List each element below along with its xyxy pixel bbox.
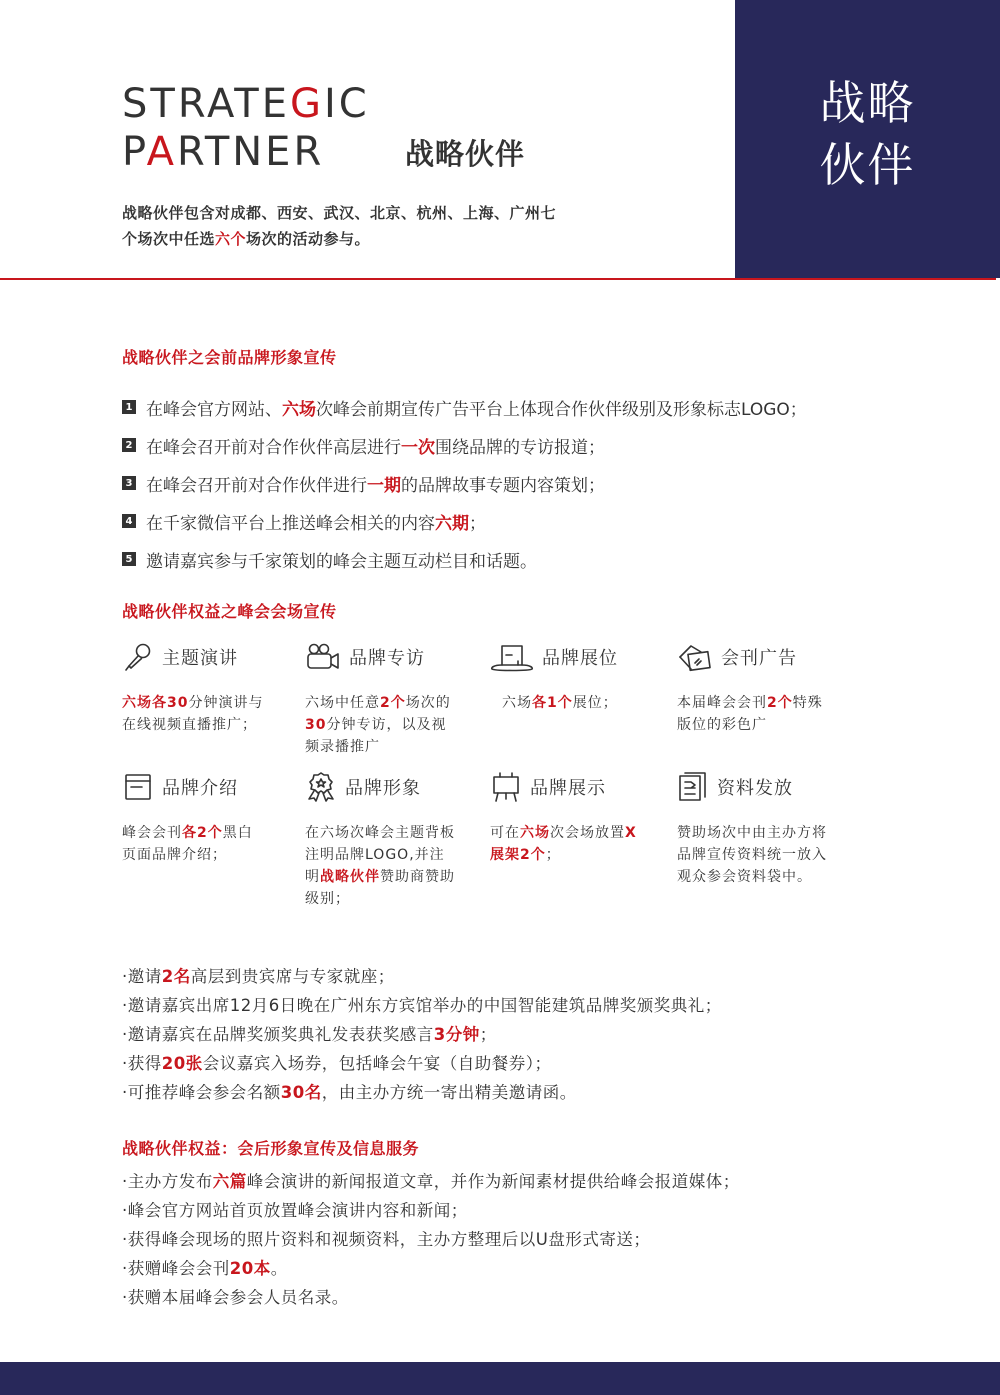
text-segment: ·邀请嘉宾出席12月6日晚在广州东方宾馆举办的中国智能建筑品牌奖颁奖典礼； xyxy=(122,996,722,1015)
highlight-text: 2名 xyxy=(162,967,191,986)
magazine-ad-icon xyxy=(677,641,721,673)
section3-list: ·主办方发布六篇峰会演讲的新闻报道文章，并作为新闻素材提供给峰会报道媒体；·峰会… xyxy=(122,1167,740,1312)
highlight-text: 六期 xyxy=(435,514,469,534)
benefit-card-header: 品牌展位 xyxy=(490,642,660,672)
number-badge-icon: 4 xyxy=(122,514,136,528)
text-segment: 本届峰会会刊 xyxy=(677,695,767,711)
highlight-text: 30 xyxy=(305,717,326,733)
benefit-card-description: 六场中任意2个场次的30分钟专访，以及视频录播推广 xyxy=(305,692,455,758)
benefit-card-title: 主题演讲 xyxy=(162,644,238,670)
text-segment: ·峰会官方网站首页放置峰会演讲内容和新闻； xyxy=(122,1201,468,1220)
text-segment: 赞助场次中由主办方将品牌宣传资料统一放入观众参会资料袋中。 xyxy=(677,825,827,885)
benefit-card-title: 品牌介绍 xyxy=(162,774,238,800)
benefit-card-description: 六场各30分钟演讲与在线视频直播推广； xyxy=(122,692,272,736)
text-segment: ·获赠峰会会刊 xyxy=(122,1259,230,1278)
benefit-card: 资料发放赞助场次中由主办方将品牌宣传资料统一放入观众参会资料袋中。 xyxy=(677,772,847,888)
list-item-text: 在峰会召开前对合作伙伴高层进行一次围绕品牌的专访报道； xyxy=(146,433,605,458)
benefit-card: 品牌介绍峰会会刊各2个黑白页面品牌介绍； xyxy=(122,772,292,866)
text-segment: 。 xyxy=(271,1259,288,1278)
text-segment: 六场中任意 xyxy=(305,695,380,711)
highlight-text: 六场 xyxy=(520,825,550,841)
text-segment: ； xyxy=(546,847,561,863)
text-segment: 在峰会召开前对合作伙伴高层进行 xyxy=(146,438,401,458)
highlight-text: 各2个 xyxy=(182,825,223,841)
list-item-text: 在峰会官方网站、六场次峰会前期宣传广告平台上体现合作伙伴级别及形象标志LOGO； xyxy=(146,395,807,420)
list-item: ·获得峰会现场的照片资料和视频资料，主办方整理后以U盘形式寄送； xyxy=(122,1225,740,1254)
list-item: ·可推荐峰会参会名额30名，由主办方统一寄出精美邀请函。 xyxy=(122,1078,722,1107)
text-segment: 在峰会召开前对合作伙伴进行 xyxy=(146,476,367,496)
list-item-text: 在峰会召开前对合作伙伴进行一期的品牌故事专题内容策划； xyxy=(146,471,605,496)
highlight-text: 战略伙伴 xyxy=(320,869,380,885)
benefit-card-title: 会刊广告 xyxy=(721,644,797,670)
benefit-card: 主题演讲六场各30分钟演讲与在线视频直播推广； xyxy=(122,642,292,736)
text-segment: ·邀请嘉宾在品牌奖颁奖典礼发表获奖感言 xyxy=(122,1025,434,1044)
benefit-card-header: 品牌形象 xyxy=(305,772,475,802)
benefit-card: 品牌形象在六场次峰会主题背板注明品牌LOGO,并注明战略伙伴赞助商赞助级别； xyxy=(305,772,475,910)
highlight-text: 2个 xyxy=(380,695,406,711)
highlight-text: 一次 xyxy=(401,438,435,458)
intro-paragraph: 战略伙伴包含对成都、西安、武汉、北京、杭州、上海、广州七 个场次中任选六个场次的… xyxy=(122,200,622,252)
text-segment: 在千家微信平台上推送峰会相关的内容 xyxy=(146,514,435,534)
text-segment: ，由主办方统一寄出精美邀请函。 xyxy=(322,1083,577,1102)
benefit-card-description: 赞助场次中由主办方将品牌宣传资料统一放入观众参会资料袋中。 xyxy=(677,822,827,888)
list-item: 4在千家微信平台上推送峰会相关的内容六期； xyxy=(122,502,807,540)
benefit-card-header: 主题演讲 xyxy=(122,642,292,672)
section1-list: 1在峰会官方网站、六场次峰会前期宣传广告平台上体现合作伙伴级别及形象标志LOGO… xyxy=(122,388,807,578)
highlight-text: 各1个 xyxy=(532,695,573,711)
text-segment: 峰会会刊 xyxy=(122,825,182,841)
footer-bar xyxy=(0,1362,1000,1395)
list-item: 3在峰会召开前对合作伙伴进行一期的品牌故事专题内容策划； xyxy=(122,464,807,502)
benefit-card-description: 可在六场次会场放置X展架2个； xyxy=(490,822,640,866)
text-segment: ·主办方发布 xyxy=(122,1172,213,1191)
highlight-text: 六场各30 xyxy=(122,695,188,711)
benefit-card-header: 品牌专访 xyxy=(305,642,475,672)
text-segment: 会议嘉宾入场券，包括峰会午宴（自助餐券）； xyxy=(203,1054,552,1073)
highlight-text: 20张 xyxy=(162,1054,203,1073)
text-segment: ·获得峰会现场的照片资料和视频资料，主办方整理后以U盘形式寄送； xyxy=(122,1230,650,1249)
text-segment: ·可推荐峰会参会名额 xyxy=(122,1083,281,1102)
list-item: ·获赠本届峰会参会人员名录。 xyxy=(122,1283,740,1312)
text-segment: 分钟专访，以及视频录播推广 xyxy=(305,717,446,755)
text-segment: 峰会演讲的新闻报道文章，并作为新闻素材提供给峰会报道媒体； xyxy=(247,1172,740,1191)
benefit-card-title: 资料发放 xyxy=(717,774,793,800)
list-item: ·邀请2名高层到贵宾席与专家就座； xyxy=(122,962,722,991)
section2-title: 战略伙伴权益之峰会会场宣传 xyxy=(122,599,337,622)
list-item: ·邀请嘉宾出席12月6日晚在广州东方宾馆举办的中国智能建筑品牌奖颁奖典礼； xyxy=(122,991,722,1020)
text-segment: 的品牌故事专题内容策划； xyxy=(401,476,605,496)
booth-icon xyxy=(490,641,542,673)
benefit-card-description: 本届峰会会刊2个特殊版位的彩色广 xyxy=(677,692,827,736)
section3-title: 战略伙伴权益：会后形象宣传及信息服务 xyxy=(122,1136,419,1159)
text-segment: 可在 xyxy=(490,825,520,841)
side-title-text: 战略 伙伴 xyxy=(735,72,1000,196)
text-segment: ·获得 xyxy=(122,1054,162,1073)
microphone-icon xyxy=(122,641,162,673)
text-segment: 在峰会官方网站、 xyxy=(146,400,282,420)
highlight-text: 2个 xyxy=(767,695,793,711)
benefit-card: 品牌专访六场中任意2个场次的30分钟专访，以及视频录播推广 xyxy=(305,642,475,758)
highlight-text: 20本 xyxy=(230,1259,271,1278)
text-segment: 高层到贵宾席与专家就座； xyxy=(191,967,395,986)
video-camera-icon xyxy=(305,641,349,673)
title-english: STRATEGIC PARTNER xyxy=(122,80,370,176)
section2-extras-list: ·邀请2名高层到贵宾席与专家就座；·邀请嘉宾出席12月6日晚在广州东方宾馆举办的… xyxy=(122,962,722,1107)
highlight-text: 六场 xyxy=(282,400,316,420)
benefit-card-description: 六场各1个展位； xyxy=(490,692,640,714)
list-item-text: 邀请嘉宾参与千家策划的峰会主题互动栏目和话题。 xyxy=(146,547,537,572)
benefit-card-header: 品牌展示 xyxy=(490,772,660,802)
benefit-card-title: 品牌展位 xyxy=(542,644,618,670)
list-item: 5邀请嘉宾参与千家策划的峰会主题互动栏目和话题。 xyxy=(122,540,807,578)
number-badge-icon: 2 xyxy=(122,438,136,452)
list-item: 1在峰会官方网站、六场次峰会前期宣传广告平台上体现合作伙伴级别及形象标志LOGO… xyxy=(122,388,807,426)
number-badge-icon: 1 xyxy=(122,400,136,414)
list-item: ·获得20张会议嘉宾入场券，包括峰会午宴（自助餐券）； xyxy=(122,1049,722,1078)
title-line-partner: PARTNER xyxy=(122,128,370,176)
highlight-text: 30名 xyxy=(281,1083,322,1102)
text-segment: ； xyxy=(480,1025,497,1044)
title-line-strategic: STRATEGIC xyxy=(122,80,370,128)
text-segment: 场次的 xyxy=(406,695,451,711)
text-segment: 六场 xyxy=(502,695,532,711)
document-icon xyxy=(122,771,162,803)
file-stack-icon xyxy=(677,771,717,803)
text-segment: 次峰会前期宣传广告平台上体现合作伙伴级别及形象标志LOGO； xyxy=(316,400,807,420)
easel-icon xyxy=(490,771,530,803)
award-badge-icon xyxy=(305,771,345,803)
benefit-card: 品牌展位六场各1个展位； xyxy=(490,642,660,714)
benefit-card: 品牌展示可在六场次会场放置X展架2个； xyxy=(490,772,660,866)
list-item: ·邀请嘉宾在品牌奖颁奖典礼发表获奖感言3分钟； xyxy=(122,1020,722,1049)
text-segment: 次会场放置 xyxy=(550,825,625,841)
list-item: ·获赠峰会会刊20本。 xyxy=(122,1254,740,1283)
number-badge-icon: 3 xyxy=(122,476,136,490)
list-item-text: 在千家微信平台上推送峰会相关的内容六期； xyxy=(146,509,486,534)
list-item: ·峰会官方网站首页放置峰会演讲内容和新闻； xyxy=(122,1196,740,1225)
benefit-card-header: 资料发放 xyxy=(677,772,847,802)
benefit-card-description: 在六场次峰会主题背板注明品牌LOGO,并注明战略伙伴赞助商赞助级别； xyxy=(305,822,455,910)
benefit-card-header: 品牌介绍 xyxy=(122,772,292,802)
header-divider xyxy=(0,278,996,280)
side-title-box: 战略 伙伴 xyxy=(735,0,1000,278)
highlight-text: 一期 xyxy=(367,476,401,496)
benefit-card-title: 品牌展示 xyxy=(530,774,606,800)
list-item: ·主办方发布六篇峰会演讲的新闻报道文章，并作为新闻素材提供给峰会报道媒体； xyxy=(122,1167,740,1196)
highlight-text: 3分钟 xyxy=(434,1025,480,1044)
text-segment: 展位； xyxy=(573,695,618,711)
list-item: 2在峰会召开前对合作伙伴高层进行一次围绕品牌的专访报道； xyxy=(122,426,807,464)
text-segment: ·邀请 xyxy=(122,967,162,986)
number-badge-icon: 5 xyxy=(122,552,136,566)
benefit-card-header: 会刊广告 xyxy=(677,642,847,672)
text-segment: ·获赠本届峰会参会人员名录。 xyxy=(122,1288,349,1307)
text-segment: 邀请嘉宾参与千家策划的峰会主题互动栏目和话题。 xyxy=(146,552,537,572)
title-chinese: 战略伙伴 xyxy=(405,132,525,173)
section1-title: 战略伙伴之会前品牌形象宣传 xyxy=(122,345,337,368)
benefit-card-description: 峰会会刊各2个黑白页面品牌介绍； xyxy=(122,822,262,866)
benefit-card: 会刊广告本届峰会会刊2个特殊版位的彩色广 xyxy=(677,642,847,736)
highlight-text: 六篇 xyxy=(213,1172,247,1191)
text-segment: ； xyxy=(469,514,486,534)
benefit-card-title: 品牌专访 xyxy=(349,644,425,670)
text-segment: 围绕品牌的专访报道； xyxy=(435,438,605,458)
benefit-card-title: 品牌形象 xyxy=(345,774,421,800)
